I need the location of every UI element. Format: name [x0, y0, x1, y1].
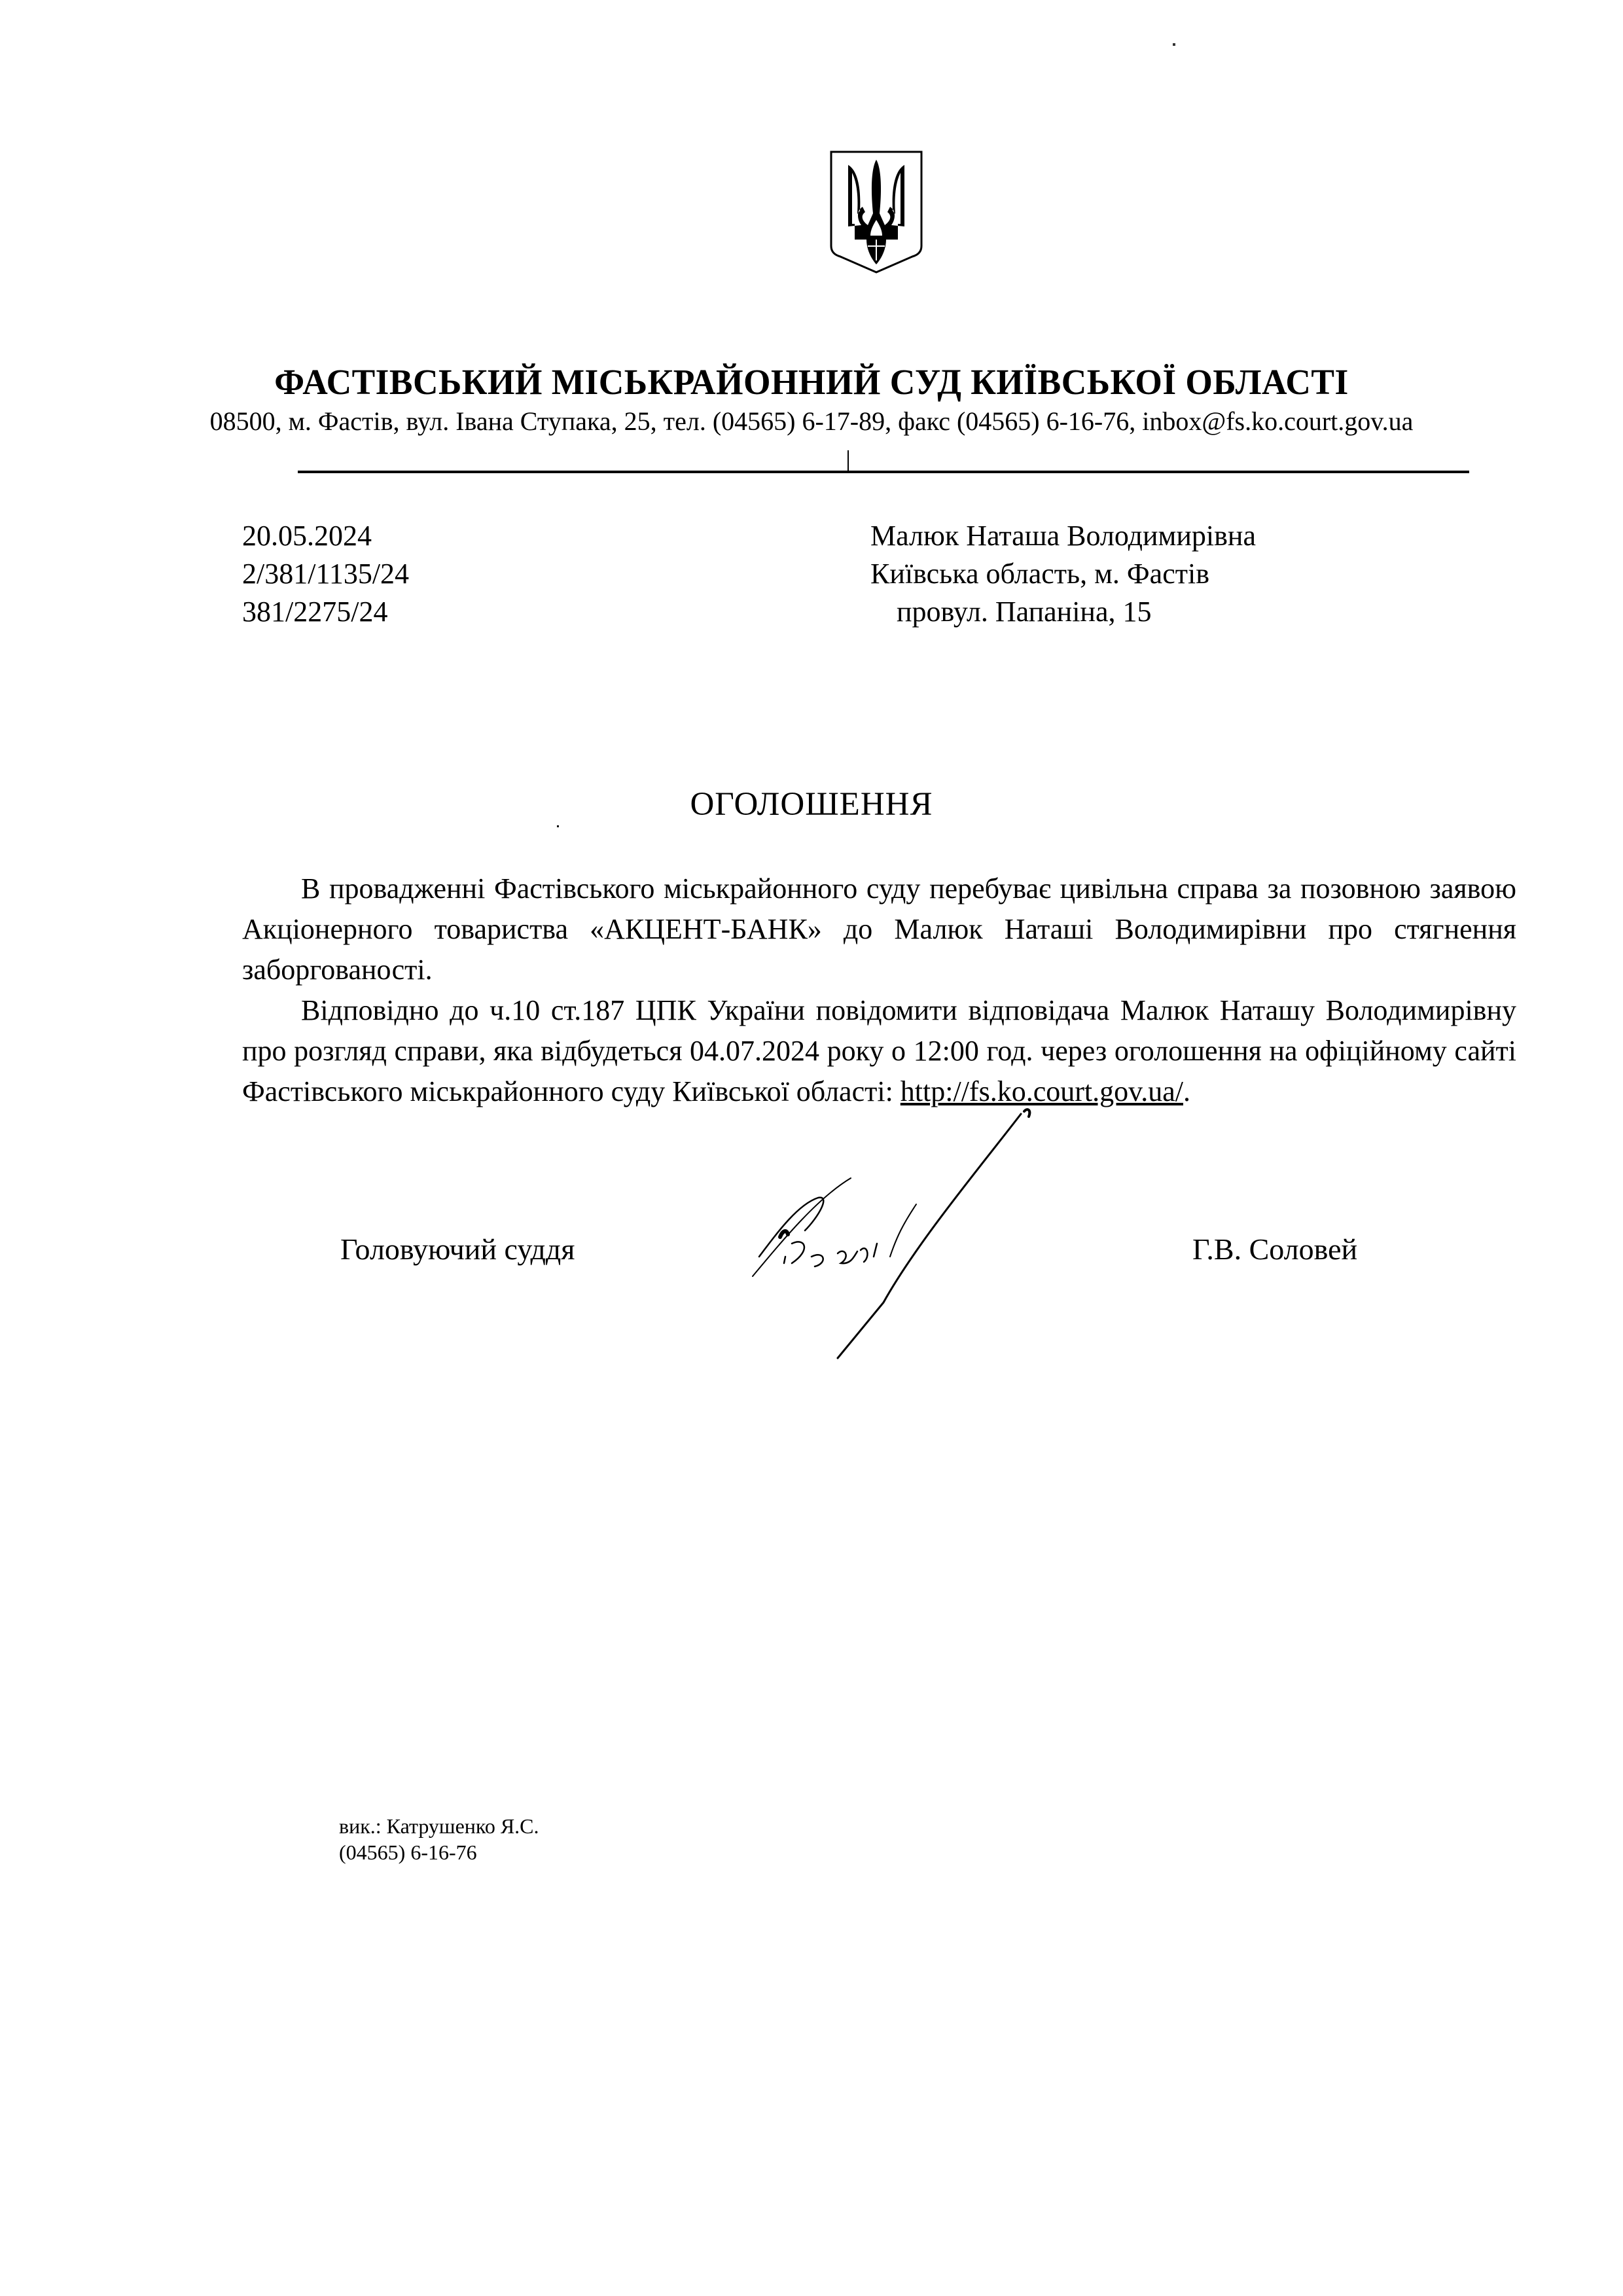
executor-block: вик.: Катрушенко Я.С. (04565) 6-16-76 — [339, 1813, 539, 1865]
signer-name: Г.В. Соловей — [1192, 1232, 1357, 1266]
notice-paragraph-2-text: Відповідно до ч.10 ст.187 ЦПК України по… — [242, 994, 1516, 1107]
recipient-block: Малюк Наташа Володимирівна Київська обла… — [870, 517, 1256, 631]
recipient-name: Малюк Наташа Володимирівна — [870, 517, 1256, 555]
signer-role: Головуючий суддя — [340, 1232, 575, 1266]
trident-coat-of-arms-icon — [829, 148, 924, 275]
document-meta: 20.05.2024 2/381/1135/24 381/2275/24 — [242, 517, 409, 631]
executor-name: вик.: Катрушенко Я.С. — [339, 1813, 539, 1839]
outgoing-number: 381/2275/24 — [242, 593, 409, 631]
court-address: 08500, м. Фастів, вул. Івана Ступака, 25… — [0, 406, 1623, 437]
court-name-heading: ФАСТІВСЬКИЙ МІСЬКРАЙОННИЙ СУД КИЇВСЬКОЇ … — [24, 361, 1599, 403]
scan-artifact — [557, 825, 559, 827]
case-number: 2/381/1135/24 — [242, 555, 409, 593]
recipient-city: Київська область, м. Фастів — [870, 555, 1256, 593]
link-suffix: . — [1183, 1075, 1190, 1107]
header-divider — [298, 471, 1469, 473]
header-rule-tick — [847, 450, 849, 471]
notice-body: В провадженні Фастівського міськрайонног… — [242, 869, 1516, 1112]
recipient-street: провул. Папаніна, 15 — [870, 593, 1256, 631]
notice-paragraph-2: Відповідно до ч.10 ст.187 ЦПК України по… — [242, 990, 1516, 1112]
executor-phone: (04565) 6-16-76 — [339, 1839, 539, 1865]
handwritten-signature-icon — [746, 1100, 1086, 1361]
document-date: 20.05.2024 — [242, 517, 409, 555]
notice-paragraph-1: В провадженні Фастівського міськрайонног… — [242, 869, 1516, 990]
scan-artifact — [1173, 43, 1175, 46]
notice-title: ОГОЛОШЕННЯ — [0, 785, 1623, 823]
